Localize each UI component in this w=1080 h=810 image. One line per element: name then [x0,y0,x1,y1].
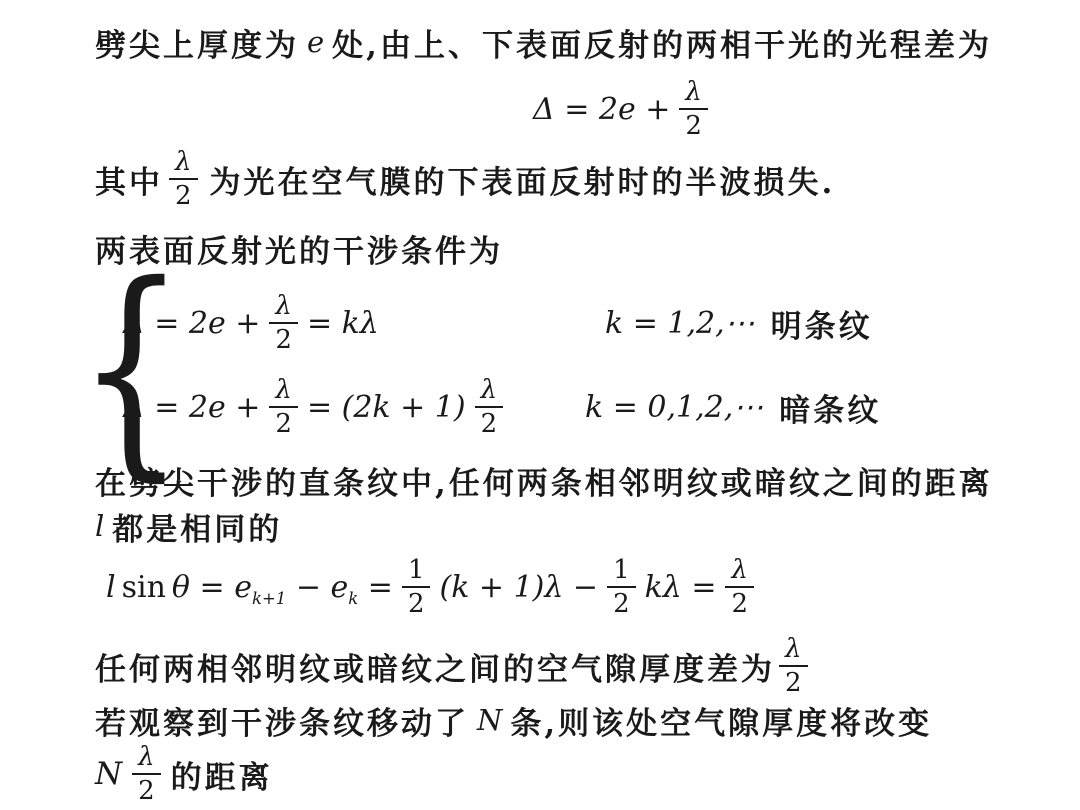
p6-text-a: 若观察到干涉条纹移动了 [95,698,469,743]
fraction-denominator: 2 [169,178,198,209]
sys-row1-cond: k = 1,2,⋯ [605,306,755,341]
fraction-lambda-over-2: λ2 [132,744,161,804]
dark-fringe-condition: k = 0,1,2,⋯ 暗条纹 [585,364,881,450]
eq3-equals: = [358,570,393,605]
eq3-run3: kλ = [645,570,717,605]
fraction-denominator: 2 [475,406,504,437]
paragraph-fringe-spacing-line1: 在劈尖干涉的直条纹中,任何两条相邻明纹或暗纹之间的距离 [95,460,993,500]
p7-text-b: 的距离 [171,752,273,797]
fraction-lambda-over-2: λ2 [475,377,504,437]
dark-fringe-label: 暗条纹 [779,385,881,430]
equation-opd: Δ = 2e + λ2 [533,76,717,142]
eq3-subscript-k: k [348,589,358,608]
paragraph-thickness-difference: 任何两相邻明纹或暗纹之间的空气隙厚度差为 λ2 [95,632,812,700]
sys-row2-pre: Δ = 2e + [123,390,260,425]
paragraph-opd-intro: 劈尖上厚度为e处,由上、下表面反射的两相干光的光程差为 [95,22,992,62]
equation-fringe-spacing: lsinθ = ek+1 − ek = 12 (k + 1)λ − 12 kλ … [106,550,763,624]
fraction-denominator: 2 [725,586,754,617]
fraction-denominator: 2 [269,406,298,437]
p4-variable-l: l [95,509,104,543]
fraction-denominator: 2 [132,773,161,804]
fraction-numerator: λ [172,149,194,178]
eq3-rest1: θ = e [172,570,252,605]
eq3-sin: sin [122,570,166,605]
fraction-one-half: 12 [607,557,636,617]
fraction-lambda-over-2: λ2 [725,557,754,617]
eq3-run2: (k + 1)λ − [439,570,598,605]
fraction-lambda-over-2: λ2 [269,293,298,353]
fraction-denominator: 2 [269,322,298,353]
sys-row2-mid: = (2k + 1) [307,390,466,425]
p1-variable-e: e [307,25,324,59]
eq3-variable-l: l [106,570,116,605]
eq3-subscript-k1: k+1 [252,589,286,608]
sys-row2-cond: k = 0,1,2,⋯ [585,390,763,425]
eq-opd-lhs: Δ = 2e + [533,92,670,127]
eq3-rest2: − e [286,570,348,605]
p2-text-b: 为光在空气膜的下表面反射时的半波损失. [210,157,836,202]
fraction-lambda-over-2: λ2 [679,79,708,139]
fraction-one-half: 12 [402,557,431,617]
p2-text-a: 其中 [95,157,163,202]
sys-row1-post: = kλ [307,306,379,341]
fraction-numerator: λ [729,557,751,586]
scanned-textbook-page: 劈尖上厚度为e处,由上、下表面反射的两相干光的光程差为 Δ = 2e + λ2 … [0,0,1080,810]
paragraph-fringe-spacing-line2: l都是相同的 [95,506,282,546]
fraction-numerator: λ [478,377,500,406]
paragraph-fringe-movement: 若观察到干涉条纹移动了N条,则该处空气隙厚度将改变 [95,700,932,740]
bright-fringe-label: 明条纹 [771,301,873,346]
fraction-denominator: 2 [779,665,808,696]
fraction-numerator: λ [782,636,804,665]
fraction-denominator: 2 [402,586,431,617]
fraction-lambda-over-2: λ2 [779,636,808,696]
fraction-lambda-over-2: λ2 [269,377,298,437]
p4-line1: 在劈尖干涉的直条纹中,任何两条相邻明纹或暗纹之间的距离 [95,458,993,503]
fraction-numerator: 1 [405,557,428,586]
p1-text-b: 处,由上、下表面反射的两相干光的光程差为 [332,20,992,65]
fraction-denominator: 2 [607,586,636,617]
fraction-numerator: λ [272,293,294,322]
fraction-numerator: λ [135,744,157,773]
eq3-run1: lsinθ = ek+1 − ek = [106,570,393,605]
p5-text: 任何两相邻明纹或暗纹之间的空气隙厚度差为 [95,644,775,689]
fraction-denominator: 2 [679,108,708,139]
p6-variable-N: N [477,703,502,737]
paragraph-distance-result: N λ2 的距离 [95,740,273,808]
p4-line2: 都是相同的 [112,504,282,549]
fraction-numerator: 1 [610,557,633,586]
bright-fringe-condition: k = 1,2,⋯ 明条纹 [605,284,873,362]
p7-variable-N: N [95,756,122,792]
fraction-lambda-over-2: λ2 [169,149,198,209]
fraction-numerator: λ [682,79,704,108]
sys-row1-pre: Δ = 2e + [123,306,260,341]
equation-system: { Δ = 2e + λ2 = kλ k = 1,2,⋯ 明条纹 Δ = 2e … [85,282,1015,454]
equation-bright-fringe: Δ = 2e + λ2 = kλ k = 1,2,⋯ 明条纹 [123,284,1003,362]
equation-dark-fringe: Δ = 2e + λ2 = (2k + 1) λ2 k = 0,1,2,⋯ 暗条… [123,364,1003,450]
fraction-numerator: λ [272,377,294,406]
p1-text-a: 劈尖上厚度为 [95,20,299,65]
p6-text-b: 条,则该处空气隙厚度将改变 [510,698,932,743]
paragraph-halfwave-loss: 其中 λ2 为光在空气膜的下表面反射时的半波损失. [95,146,835,212]
